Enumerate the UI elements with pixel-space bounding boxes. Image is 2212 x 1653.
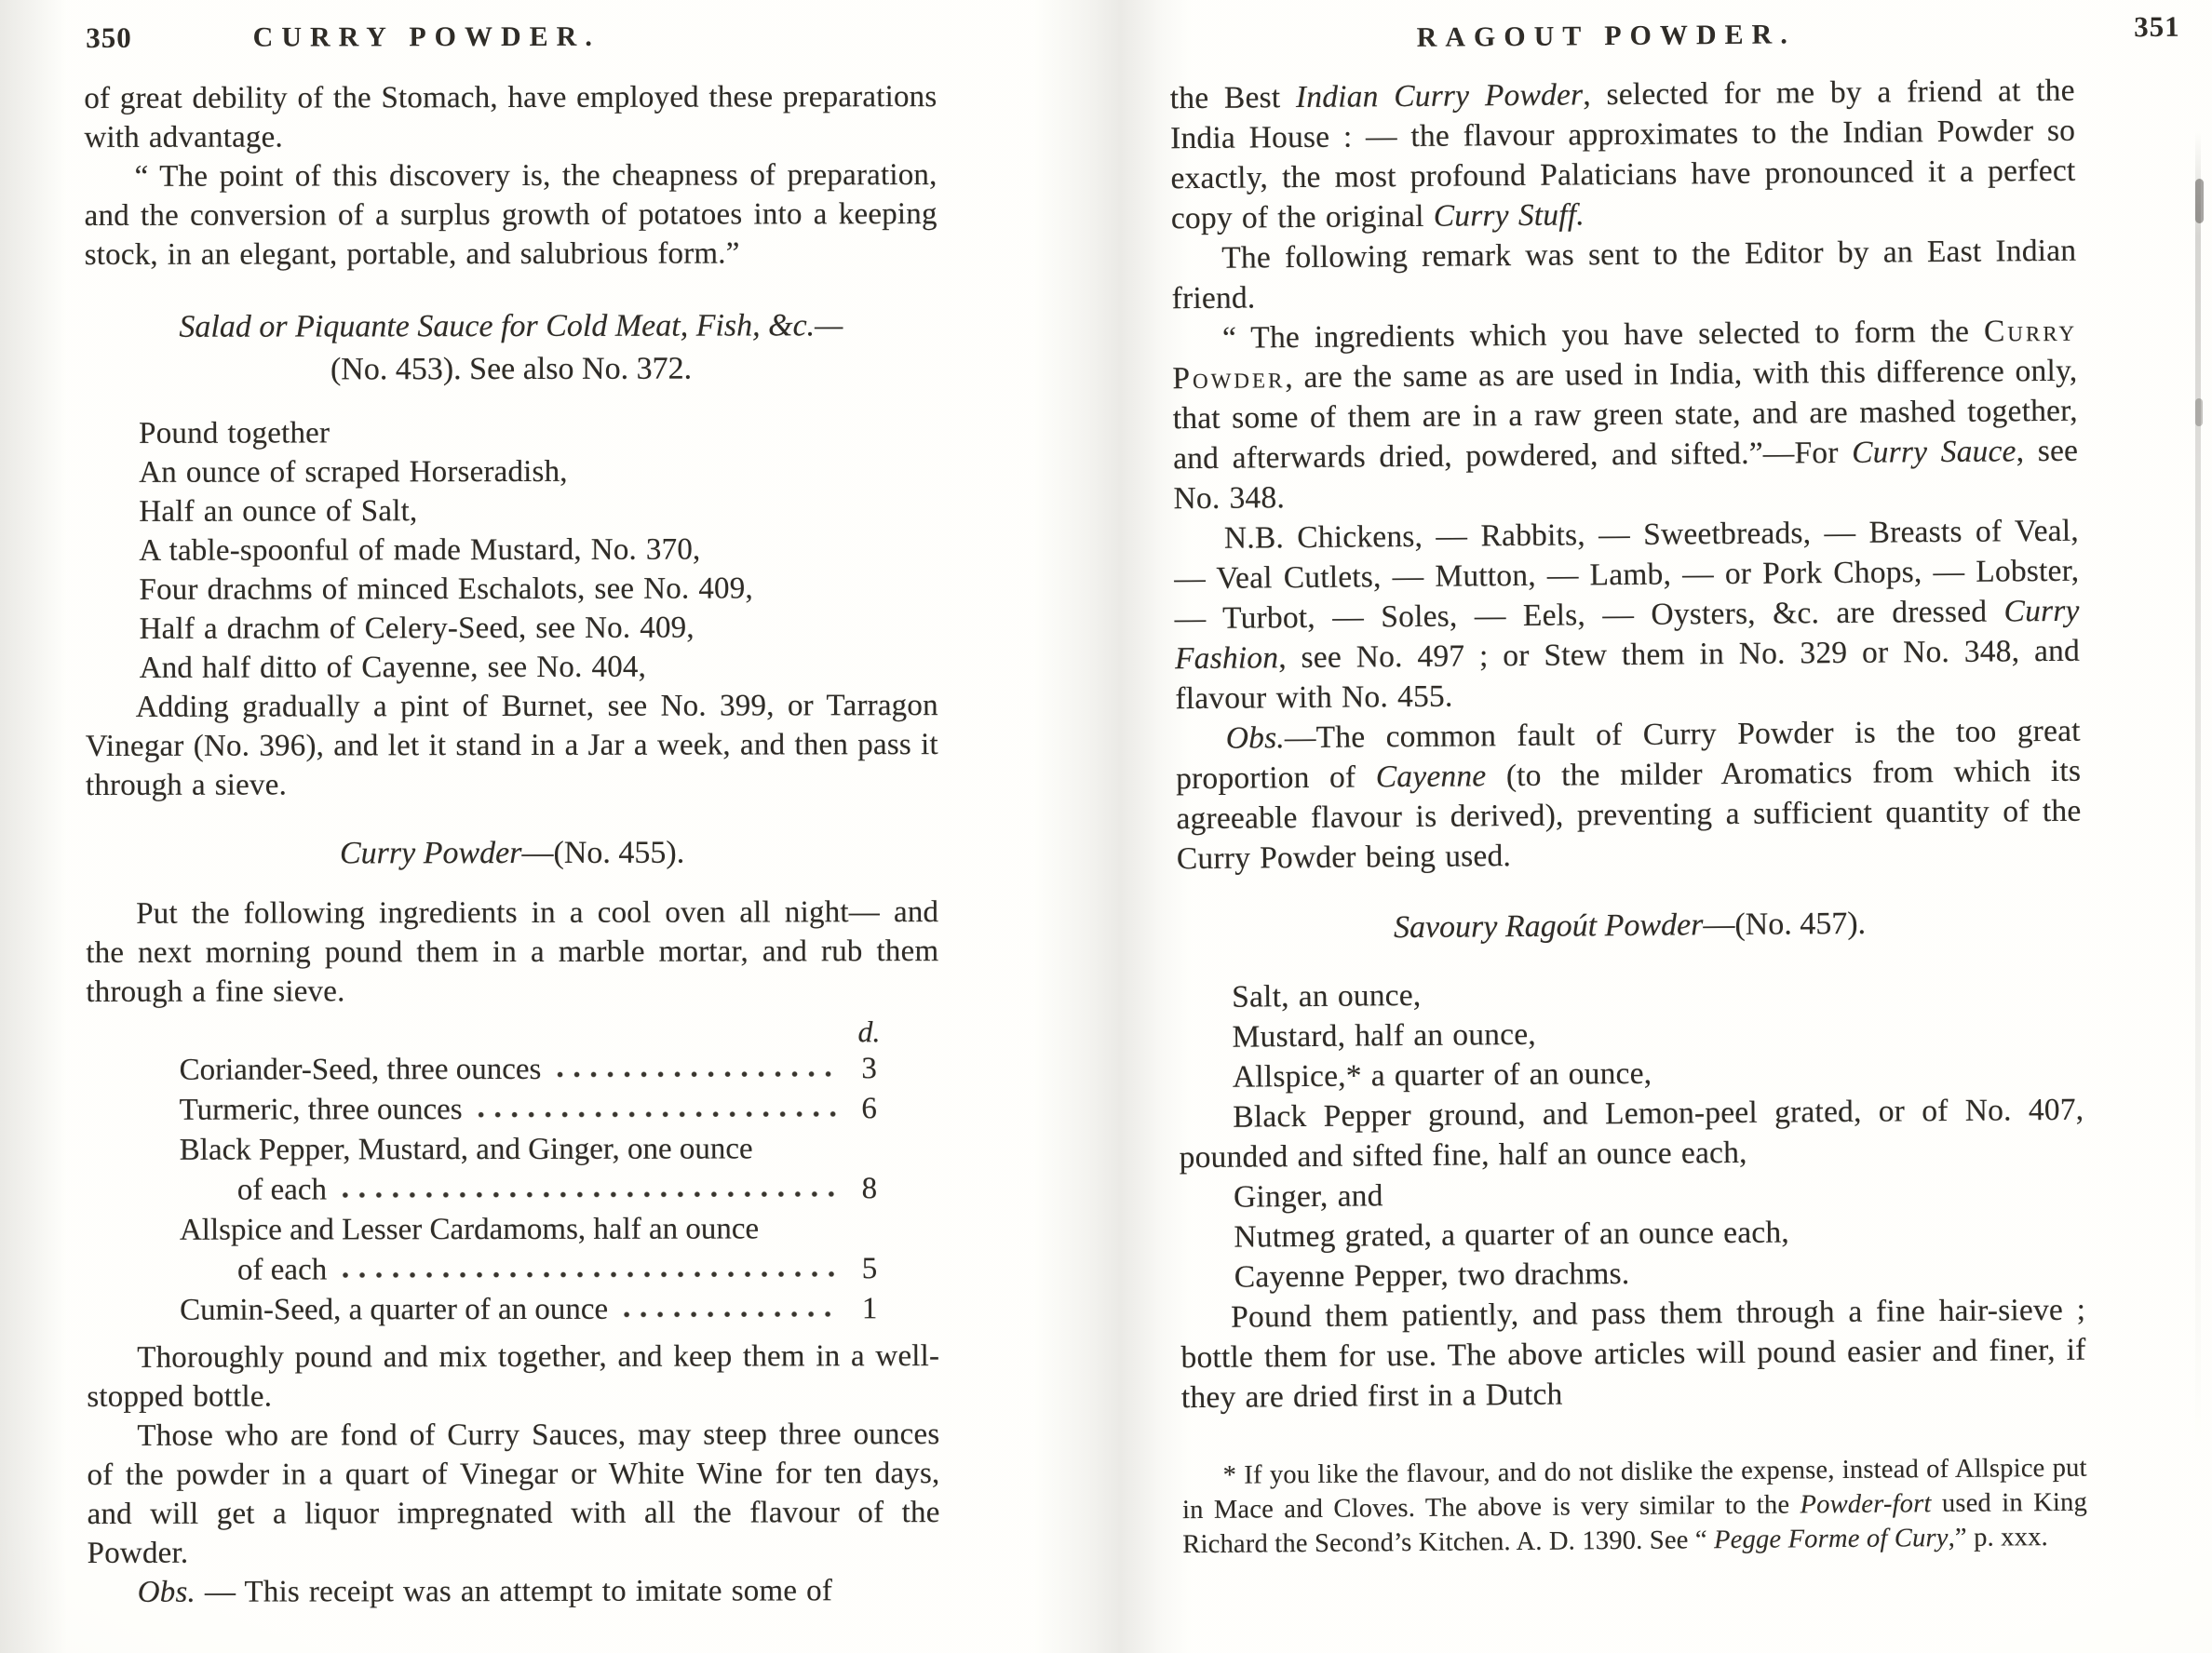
text-run: — This receipt was an attempt to imitate… [196,1574,832,1608]
dot-leader [619,1289,839,1329]
running-head-right: RAGOUT POWDER. 351 [1169,11,2074,61]
paragraph-oven-instructions: Put the following ingredients in a cool … [86,893,938,1012]
obs-label: Obs. [1226,720,1285,756]
dot-leader [338,1169,839,1210]
scan-edge-mark [2195,398,2203,426]
text-run: , see No. 497 ; or Stew them in No. 329 … [1175,634,2080,716]
table-row: Allspice and Lesser Cardamoms, half an o… [180,1209,891,1251]
recipe-heading-salad-sauce: Salad or Piquante Sauce for Cold Meat, F… [85,304,937,392]
list-item: Black Pepper ground, and Lemon-peel grat… [1179,1090,2084,1177]
list-item: Half a drachm of Celery-Seed, see No. 40… [86,608,938,649]
page-number: 351 [2134,10,2180,44]
page-gutter-shadow [1033,0,1192,1653]
page-number: 350 [86,21,132,55]
recipe-heading-curry-powder: Curry Powder—(No. 455). [86,831,938,876]
table-row: of each8 [180,1169,891,1211]
running-head-left: 350 CURRY POWDER. [84,18,937,62]
dot-leader [552,1049,838,1090]
ingredient-list-ragout-powder: Salt, an ounce, Mustard, half an ounce, … [1178,970,2085,1297]
footnote-allspice: * If you like the flavour, and do not di… [1182,1451,2088,1562]
obs-label: Obs. [138,1576,196,1609]
list-item: Four drachms of minced Eschalots, see No… [85,569,937,610]
italic-run: Pegge Forme of Cury [1714,1524,1949,1554]
paragraph-stomach: of great debility of the Stomach, have e… [84,77,937,157]
table-unit-header-row: d. [179,1014,890,1051]
paragraph-discovery-quote: “ The point of this discovery is, the ch… [85,155,937,275]
ingredient-table-curry-powder: d. Coriander-Seed, three ounces3 Turmeri… [179,1014,891,1331]
paragraph-pound-patiently: Pound them patiently, and pass them thro… [1180,1290,2086,1418]
table-row: Turmeric, three ounces6 [180,1089,891,1131]
running-title: CURRY POWDER. [253,21,600,54]
scan-right-edge-crease [2195,130,2201,1452]
table-row: Coriander-Seed, three ounces3 [180,1049,891,1091]
paragraph-curry-sauces-steep: Those who are fond of Curry Sauces, may … [87,1415,939,1573]
table-row: Cumin-Seed, a quarter of an ounce1 [180,1289,891,1331]
text-run: the Best [1170,80,1296,115]
paragraph-obs-cayenne: Obs.—The common fault of Curry Powder is… [1176,711,2082,879]
italic-run: Cayenne [1376,759,1487,794]
paragraph-obs-receipt: Obs. — This receipt was an attempt to im… [88,1571,940,1612]
paragraph-pound-and-mix: Thoroughly pound and mix together, and k… [87,1337,939,1417]
dot-leader [338,1249,839,1290]
ingredient-list-salad-sauce: Pound together An ounce of scraped Horse… [85,412,938,688]
table-row: Black Pepper, Mustard, and Ginger, one o… [180,1129,891,1171]
recipe-heading-ragout-powder: Savoury Ragoút Powder—(No. 457). [1177,901,2082,951]
paragraph-best-indian-curry: the Best Indian Curry Powder, selected f… [1170,71,2076,238]
unit-header-pence: d. [847,1014,890,1049]
text-run: “ The ingredients which you have selecte… [1222,315,1984,356]
heading-title-italic: Savoury Ragoút Powder [1394,907,1704,945]
heading-number: —(No. 455). [521,836,684,870]
text-run: N.B. Chickens, — Rabbits, — Sweetbreads,… [1174,514,2079,636]
running-title: RAGOUT POWDER. [1416,19,1795,54]
page-right: RAGOUT POWDER. 351 the Best Indian Curry… [1169,11,2087,1562]
scan-left-edge-shading [0,0,67,1653]
list-item: A table-spoonful of made Mustard, No. 37… [85,530,937,571]
list-item: Pound together [85,412,937,453]
italic-run: Curry Sauce [1852,434,2016,470]
italic-run: Powder-fort [1800,1489,1931,1519]
heading-title-italic: Curry Powder [340,836,522,870]
heading-line: (No. 453). See also No. 372. [85,347,937,392]
paragraph-remark-editor: The following remark was sent to the Edi… [1171,231,2077,318]
paragraph-nb-meats: N.B. Chickens, — Rabbits, — Sweetbreads,… [1174,511,2081,719]
heading-number: —(No. 457). [1703,907,1866,943]
italic-run: Indian Curry Powder [1296,77,1584,114]
paragraph-adding-burnet: Adding gradually a pint of Burnet, see N… [86,686,938,805]
dot-leader [474,1089,839,1130]
text-run: ,” p. xxx. [1948,1523,2048,1552]
list-item: Half an ounce of Salt, [85,491,937,531]
book-spread: 350 CURRY POWDER. of great debility of t… [0,0,2212,1653]
table-row: of each5 [180,1249,891,1291]
italic-run: Curry Stuff. [1434,197,1585,233]
scan-edge-mark [2195,179,2204,223]
list-item: And half ditto of Cayenne, see No. 404, [86,647,938,688]
list-item: An ounce of scraped Horseradish, [85,451,937,492]
paragraph-ingredients-quote: “ The ingredients which you have selecte… [1172,311,2079,518]
heading-line: Salad or Piquante Sauce for Cold Meat, F… [85,304,937,349]
page-left: 350 CURRY POWDER. of great debility of t… [84,18,940,1612]
